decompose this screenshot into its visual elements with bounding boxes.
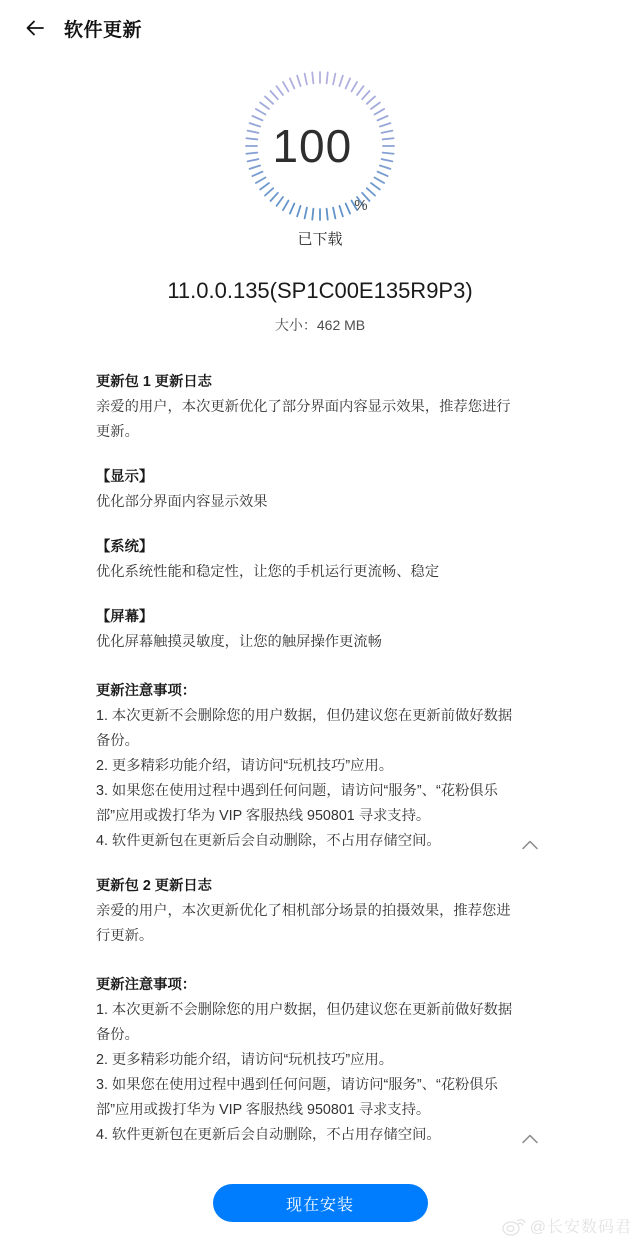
- note-item: 4. 软件更新包在更新后会自动删除，不占用存储空间。: [96, 1123, 520, 1148]
- chevron-up-icon: [521, 1133, 539, 1145]
- package-1-title: 更新包 1 更新日志: [96, 370, 524, 395]
- note-item: 1. 本次更新不会删除您的用户数据，但仍建议您在更新前做好数据备份。: [96, 998, 524, 1048]
- back-button[interactable]: [22, 15, 48, 41]
- page-title: 软件更新: [64, 15, 142, 42]
- note-item: 2. 更多精彩功能介绍，请访问“玩机技巧”应用。: [96, 754, 524, 779]
- collapse-package-1-button[interactable]: [520, 836, 540, 854]
- software-update-screen: 软件更新 100 % 已下载 11.0.0.135(SP1C00E135R9P3…: [0, 0, 640, 1241]
- note-item: 3. 如果您在使用过程中遇到任何问题，请访问“服务”、“花粉俱乐部”应用或拨打华…: [96, 1073, 524, 1123]
- note-item-row: 4. 软件更新包在更新后会自动删除，不占用存储空间。: [96, 1123, 524, 1148]
- watermark-text: @长安数码君: [530, 1214, 632, 1237]
- download-status-label: 已下载: [0, 230, 640, 250]
- package-1-intro: 亲爱的用户，本次更新优化了部分界面内容显示效果，推荐您进行更新。: [96, 395, 524, 445]
- install-now-button[interactable]: 现在安装: [213, 1184, 428, 1222]
- package-2-intro: 亲爱的用户，本次更新优化了相机部分场景的拍摄效果，推荐您进行更新。: [96, 899, 524, 949]
- package-2-notes-title: 更新注意事项：: [96, 973, 524, 998]
- feature-system-body: 优化系统性能和稳定性，让您的手机运行更流畅、稳定: [96, 560, 524, 585]
- feature-display-heading: 【显示】: [96, 465, 524, 490]
- feature-display-body: 优化部分界面内容显示效果: [96, 490, 524, 515]
- note-item-row: 4. 软件更新包在更新后会自动删除，不占用存储空间。: [96, 829, 524, 854]
- package-1-section: 更新包 1 更新日志 亲爱的用户，本次更新优化了部分界面内容显示效果，推荐您进行…: [96, 370, 524, 854]
- percent-sign: %: [354, 197, 367, 214]
- watermark: @长安数码君: [501, 1214, 632, 1237]
- progress-percent-value: 100: [272, 119, 352, 173]
- feature-system: 【系统】 优化系统性能和稳定性，让您的手机运行更流畅、稳定: [96, 535, 524, 585]
- progress-percent: 100 %: [240, 66, 400, 226]
- package-2-title: 更新包 2 更新日志: [96, 874, 524, 899]
- package-2-section: 更新包 2 更新日志 亲爱的用户，本次更新优化了相机部分场景的拍摄效果，推荐您进…: [96, 874, 524, 1148]
- note-item: 4. 软件更新包在更新后会自动删除，不占用存储空间。: [96, 829, 520, 854]
- changelog: 更新包 1 更新日志 亲爱的用户，本次更新优化了部分界面内容显示效果，推荐您进行…: [0, 370, 524, 1148]
- note-item: 1. 本次更新不会删除您的用户数据，但仍建议您在更新前做好数据备份。: [96, 704, 524, 754]
- package-1-notes-title: 更新注意事项：: [96, 679, 524, 704]
- collapse-package-2-button[interactable]: [520, 1130, 540, 1148]
- feature-screen: 【屏幕】 优化屏幕触摸灵敏度，让您的触屏操作更流畅: [96, 605, 524, 655]
- note-item: 3. 如果您在使用过程中遇到任何问题，请访问“服务”、“花粉俱乐部”应用或拨打华…: [96, 779, 524, 829]
- feature-screen-body: 优化屏幕触摸灵敏度，让您的触屏操作更流畅: [96, 630, 524, 655]
- firmware-version: 11.0.0.135(SP1C00E135R9P3): [0, 276, 640, 306]
- feature-screen-heading: 【屏幕】: [96, 605, 524, 630]
- back-arrow-icon: [23, 16, 47, 40]
- feature-display: 【显示】 优化部分界面内容显示效果: [96, 465, 524, 515]
- feature-system-heading: 【系统】: [96, 535, 524, 560]
- download-progress-ring: 100 %: [240, 66, 400, 226]
- chevron-up-icon: [521, 839, 539, 851]
- note-item: 2. 更多精彩功能介绍，请访问“玩机技巧”应用。: [96, 1048, 524, 1073]
- weibo-logo-icon: [501, 1215, 527, 1237]
- package-size: 大小：462 MB: [0, 315, 640, 335]
- app-bar: 软件更新: [0, 0, 640, 56]
